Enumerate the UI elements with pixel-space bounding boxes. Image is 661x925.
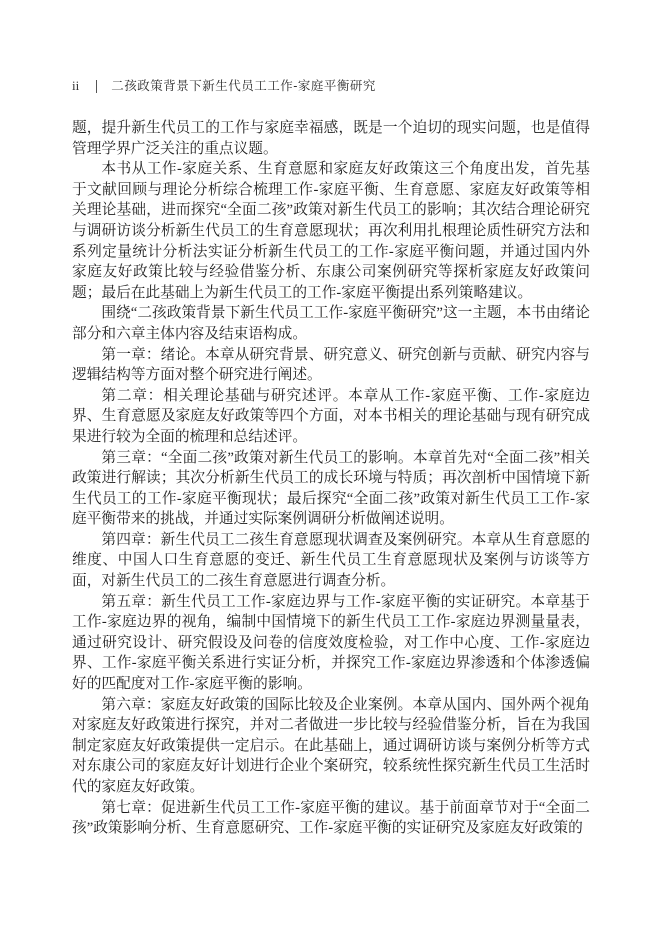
paragraph-chapter-3: 第三章：“全面二孩”政策对新生代员工的影响。本章首先对“全面二孩”相关政策进行解… [72, 448, 590, 530]
paragraph-chapter-7: 第七章：促进新生代员工工作-家庭平衡的建议。基于前面章节对于“全面二孩”政策影响… [72, 798, 590, 839]
book-page: ii 二孩政策背景下新生代员工工作-家庭平衡研究 题，提升新生代员工的工作与家庭… [0, 0, 661, 925]
paragraph-chapter-6: 第六章：家庭友好政策的国际比较及企业案例。本章从国内、国外两个视角对家庭友好政策… [72, 695, 590, 798]
paragraph-chapter-5: 第五章：新生代员工工作-家庭边界与工作-家庭平衡的实证研究。本章基于工作-家庭边… [72, 592, 590, 695]
paragraph-chapter-1: 第一章：绪论。本章从研究背景、研究意义、研究创新与贡献、研究内容与逻辑结构等方面… [72, 345, 590, 386]
paragraph-structure: 围绕“二孩政策背景下新生代员工工作-家庭平衡研究”这一主题，本书由绪论部分和六章… [72, 303, 590, 344]
running-title: 二孩政策背景下新生代员工工作-家庭平衡研究 [111, 78, 376, 94]
paragraph-continuation: 题，提升新生代员工的工作与家庭幸福感，既是一个迫切的现实问题，也是值得管理学界广… [72, 118, 590, 159]
page-number: ii [72, 78, 79, 94]
header-divider-bar [96, 80, 97, 93]
paragraph-chapter-4: 第四章：新生代员工二孩生育意愿现状调查及案例研究。本章从生育意愿的维度、中国人口… [72, 530, 590, 592]
paragraph-chapter-2: 第二章：相关理论基础与研究述评。本章从工作-家庭平衡、工作-家庭边界、生育意愿及… [72, 386, 590, 448]
page-body: 题，提升新生代员工的工作与家庭幸福感，既是一个迫切的现实问题，也是值得管理学界广… [72, 118, 590, 839]
paragraph-overview: 本书从工作-家庭关系、生育意愿和家庭友好政策这三个角度出发，首先基于文献回顾与理… [72, 159, 590, 303]
page-header: ii 二孩政策背景下新生代员工工作-家庭平衡研究 [72, 78, 590, 94]
